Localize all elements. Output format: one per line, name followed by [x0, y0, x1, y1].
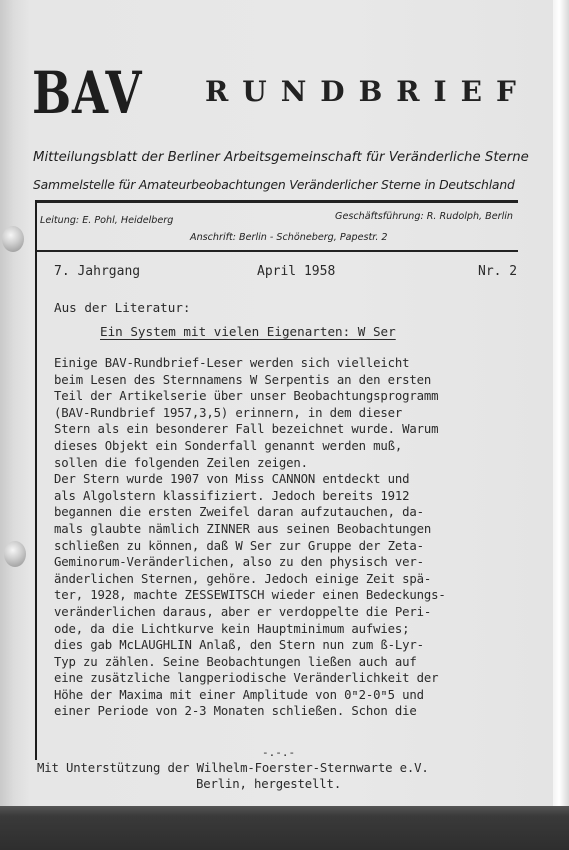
page-edge — [553, 0, 569, 806]
article-line: beim Lesen des Sternnamens W Serpentis a… — [54, 372, 446, 389]
article-line: Typ zu zählen. Seine Beobachtungen ließe… — [54, 654, 446, 671]
article-line: Stern als ein besonderer Fall bezeichnet… — [54, 421, 446, 438]
separator: -.-.- — [262, 746, 295, 759]
geschaeftsfuehrung-text: Geschäftsführung: R. Rudolph, Berlin — [335, 211, 513, 222]
issue-date: April 1958 — [257, 264, 335, 279]
punch-hole — [4, 541, 26, 567]
article-line: schließen zu können, daß W Ser zur Grupp… — [54, 538, 446, 555]
footer-credit-2: Berlin, hergestellt. — [196, 777, 341, 791]
masthead-subtitle-2: Sammelstelle für Amateurbeobachtungen Ve… — [33, 177, 515, 192]
document-page: BAV RUNDBRIEF Mitteilungsblatt der Berli… — [0, 0, 556, 808]
issue-number: Nr. 2 — [478, 264, 517, 279]
article-line: Einige BAV-Rundbrief-Leser werden sich v… — [54, 355, 446, 372]
article-line: ter, 1928, machte ZESSEWITSCH wieder ein… — [54, 587, 446, 604]
masthead-subtitle: Mitteilungsblatt der Berliner Arbeitsgem… — [33, 150, 529, 165]
article-line: dieses Objekt ein Sonderfall genannt wer… — [54, 438, 446, 455]
article-line: begannen die ersten Zweifel daran aufzut… — [54, 504, 446, 521]
article-line: ode, da die Lichtkurve kein Hauptminimum… — [54, 621, 446, 638]
article-line: eine zusätzliche langperiodische Verände… — [54, 670, 446, 687]
section-heading: Aus der Literatur: — [54, 300, 190, 315]
issue-volume: 7. Jahrgang — [54, 264, 140, 279]
article-line: (BAV-Rundbrief 1957,3,5) erinnern, in de… — [54, 405, 446, 422]
scan-background — [0, 806, 569, 850]
article-body: Einige BAV-Rundbrief-Leser werden sich v… — [54, 355, 446, 720]
punch-hole — [2, 226, 24, 252]
footer-credit: Mit Unterstützung der Wilhelm-Foerster-S… — [37, 761, 429, 775]
article-line: Höhe der Maxima mit einer Amplitude von … — [54, 687, 446, 704]
anschrift-text: Anschrift: Berlin - Schöneberg, Papestr.… — [190, 232, 388, 243]
article-line: als Algolstern klassifiziert. Jedoch ber… — [54, 488, 446, 505]
leitung-text: Leitung: E. Pohl, Heidelberg — [40, 215, 173, 226]
article-line: einer Periode von 2-3 Monaten schließen.… — [54, 703, 446, 720]
article-line: änderlichen Sternen, gehöre. Jedoch eini… — [54, 571, 446, 588]
newsletter-title: RUNDBRIEF — [205, 78, 530, 106]
article-line: Teil der Artikelserie über unser Beobach… — [54, 388, 446, 405]
info-box: Leitung: E. Pohl, Heidelberg Geschäftsfü… — [35, 200, 518, 252]
article-line: mals glaubte nämlich ZINNER aus seinen B… — [54, 521, 446, 538]
article-line: dies gab McLAUGHLIN Anlaß, den Stern nun… — [54, 637, 446, 654]
article-line: sollen die folgenden Zeilen zeigen. — [54, 455, 446, 472]
bav-logo: BAV — [32, 64, 142, 122]
article-title: Ein System mit vielen Eigenarten: W Ser — [100, 324, 396, 339]
article-line: Geminorum-Veränderlichen, also zu den ph… — [54, 554, 446, 571]
left-margin-rule — [35, 200, 37, 760]
article-line: Der Stern wurde 1907 von Miss CANNON ent… — [54, 471, 446, 488]
article-line: veränderlichen daraus, aber er verdoppel… — [54, 604, 446, 621]
